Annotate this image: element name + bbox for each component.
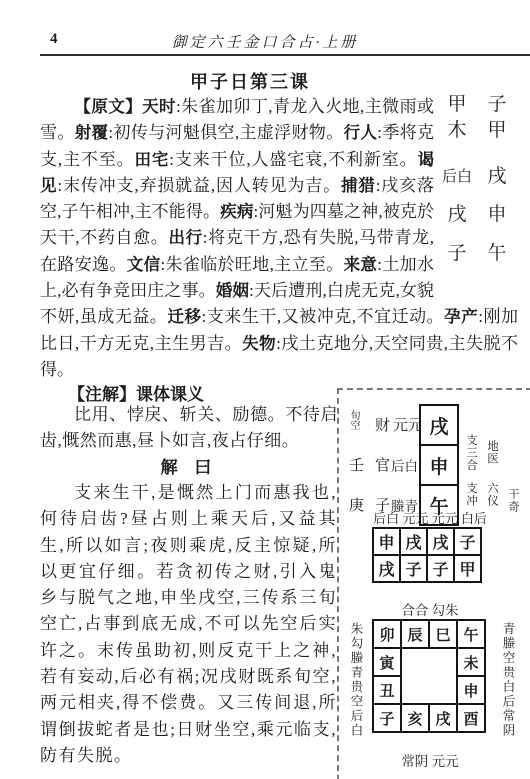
sanchuan-label: 官 bbox=[375, 454, 390, 475]
course-char: 子 bbox=[438, 243, 476, 265]
sanchuan-branch: 申 bbox=[419, 444, 459, 486]
palace-cell: 寅 bbox=[373, 648, 401, 676]
note-zhi-chong: 支冲 bbox=[465, 482, 477, 507]
section-title: 甲子日第三课 bbox=[40, 68, 460, 94]
original-text-paragraph: 甲子 木甲 后白戌 戌申 子午 【原文】天时:朱雀加卯丁,青龙入火地,主微雨或雪… bbox=[40, 94, 518, 383]
topic-text: :朱雀临於旺地,主立至。 bbox=[160, 255, 343, 274]
book-title: 御定六壬金口合占·上册 bbox=[0, 31, 530, 52]
topic-label: 行人 bbox=[344, 124, 378, 142]
note-zhi-sanhe: 支三合 bbox=[465, 434, 477, 472]
sike-cell: 戌 bbox=[427, 528, 454, 555]
sanchuan-label: 壬 bbox=[349, 454, 364, 475]
topic-label: 捕猎 bbox=[341, 177, 376, 195]
header-rule bbox=[40, 54, 530, 56]
palace-cell: 申 bbox=[457, 676, 485, 704]
sike-cell: 甲 bbox=[454, 555, 481, 582]
sike-table: 申 戌 戌 子 戌 子 子 甲 bbox=[372, 527, 482, 583]
palace-cell: 午 bbox=[457, 620, 485, 648]
palace-center-empty bbox=[401, 648, 457, 704]
palace-cell: 戌 bbox=[429, 704, 457, 732]
course-row: 后白戌 bbox=[438, 166, 516, 188]
topic-label: 失物 bbox=[242, 335, 276, 353]
palace-left-annotation: 朱勾螣青贵空后白 bbox=[347, 622, 365, 738]
topic-label: 疾病 bbox=[220, 203, 253, 221]
topic-label: 婚姻 bbox=[216, 282, 249, 300]
course-char: 甲 bbox=[438, 94, 476, 116]
course-char: 甲 bbox=[478, 120, 516, 142]
divination-diagram-box: 旬空 财 元元 壬 官 后白 庚 子 螣青 戌 申 午 支三合 地医 支冲 六仪… bbox=[337, 388, 530, 779]
sanchuan-label-xunkong: 旬空 bbox=[347, 410, 359, 430]
sike-cell: 子 bbox=[427, 555, 454, 582]
course-char: 后白 bbox=[438, 166, 476, 188]
palace-cell: 辰 bbox=[401, 620, 429, 648]
sike-cell: 戌 bbox=[373, 555, 400, 582]
note-di-yi: 地医 bbox=[486, 440, 498, 465]
topic-label: 田宅 bbox=[135, 151, 170, 169]
course-row: 子午 bbox=[438, 243, 516, 265]
palace-right-annotation: 青螣空贵白后常阴 bbox=[499, 622, 517, 738]
explanation-text: 支来生干,是慨然上门而惠我也,何待启齿?昼占则上乘天后,又益其生,所以如言;夜则… bbox=[40, 480, 337, 769]
original-heading: 【原文】 bbox=[74, 98, 142, 116]
course-row: 戌申 bbox=[438, 204, 516, 226]
topic-label: 迁移 bbox=[167, 308, 201, 326]
topic-label: 文信 bbox=[127, 256, 161, 274]
topic-label: 射覆 bbox=[75, 124, 109, 142]
course-row: 木甲 bbox=[438, 120, 516, 142]
palace-bottom-annotation: 常阴 元元 bbox=[365, 750, 495, 770]
topic-text: :支来干位,人盛宅衰,不利新室。 bbox=[169, 150, 417, 169]
explanation-heading: 解 曰 bbox=[40, 453, 338, 478]
palace-cell: 丑 bbox=[373, 676, 401, 704]
course-char: 戌 bbox=[478, 166, 516, 188]
note-gan-qi: 干奇 bbox=[507, 488, 519, 513]
course-char: 戌 bbox=[438, 204, 476, 226]
topic-text: :支来生干,又被冲克,不宜迁动。 bbox=[202, 307, 445, 326]
topic-label: 孕产 bbox=[444, 308, 478, 326]
sanchuan-label: 庚 bbox=[349, 494, 364, 515]
palace-cell: 子 bbox=[373, 704, 401, 732]
course-column: 甲子 木甲 后白戌 戌申 子午 bbox=[438, 94, 518, 280]
annotation-text: 比用、悖戾、斩关、励德。不待启齿,慨然而惠,昼卜如言,夜占仔细。 bbox=[40, 402, 338, 454]
topic-label: 来意 bbox=[344, 256, 378, 274]
palace-table: 卯 辰 巳 午 寅 未 丑 申 子 亥 戌 酉 bbox=[372, 619, 486, 733]
book-page: 4 御定六壬金口合占·上册 甲子日第三课 甲子 木甲 后白戌 戌申 子午 【原文… bbox=[0, 0, 530, 779]
palace-cell: 酉 bbox=[457, 704, 485, 732]
course-char: 申 bbox=[478, 204, 516, 226]
sanchuan-label: 财 bbox=[375, 414, 390, 435]
sanchuan-label: 后白 bbox=[391, 455, 418, 475]
note-liu-yi: 六仪 bbox=[486, 482, 498, 507]
topic-text: :末传冲支,弃损就益,因人转见为吉。 bbox=[57, 176, 341, 195]
sike-cell: 子 bbox=[454, 528, 481, 555]
palace-cell: 巳 bbox=[429, 620, 457, 648]
topic-text: :初传与河魁俱空,主虚浮财物。 bbox=[108, 123, 343, 142]
topic-label: 出行 bbox=[168, 229, 202, 247]
sike-cell: 子 bbox=[400, 555, 427, 582]
palace-cell: 亥 bbox=[401, 704, 429, 732]
palace-cell: 未 bbox=[457, 648, 485, 676]
sike-cell: 戌 bbox=[400, 528, 427, 555]
palace-top-annotation: 合合 勾朱 bbox=[365, 599, 495, 619]
course-char: 木 bbox=[438, 120, 476, 142]
course-char: 子 bbox=[478, 94, 516, 116]
topic-label: 天时 bbox=[142, 98, 176, 116]
course-char: 午 bbox=[478, 243, 516, 265]
palace-cell: 卯 bbox=[373, 620, 401, 648]
course-row: 甲子 bbox=[438, 94, 516, 116]
sike-header: 后白 元元 元元 白后 bbox=[365, 508, 495, 527]
sike-cell: 申 bbox=[373, 528, 400, 555]
sanchuan-branch: 戌 bbox=[419, 404, 459, 446]
